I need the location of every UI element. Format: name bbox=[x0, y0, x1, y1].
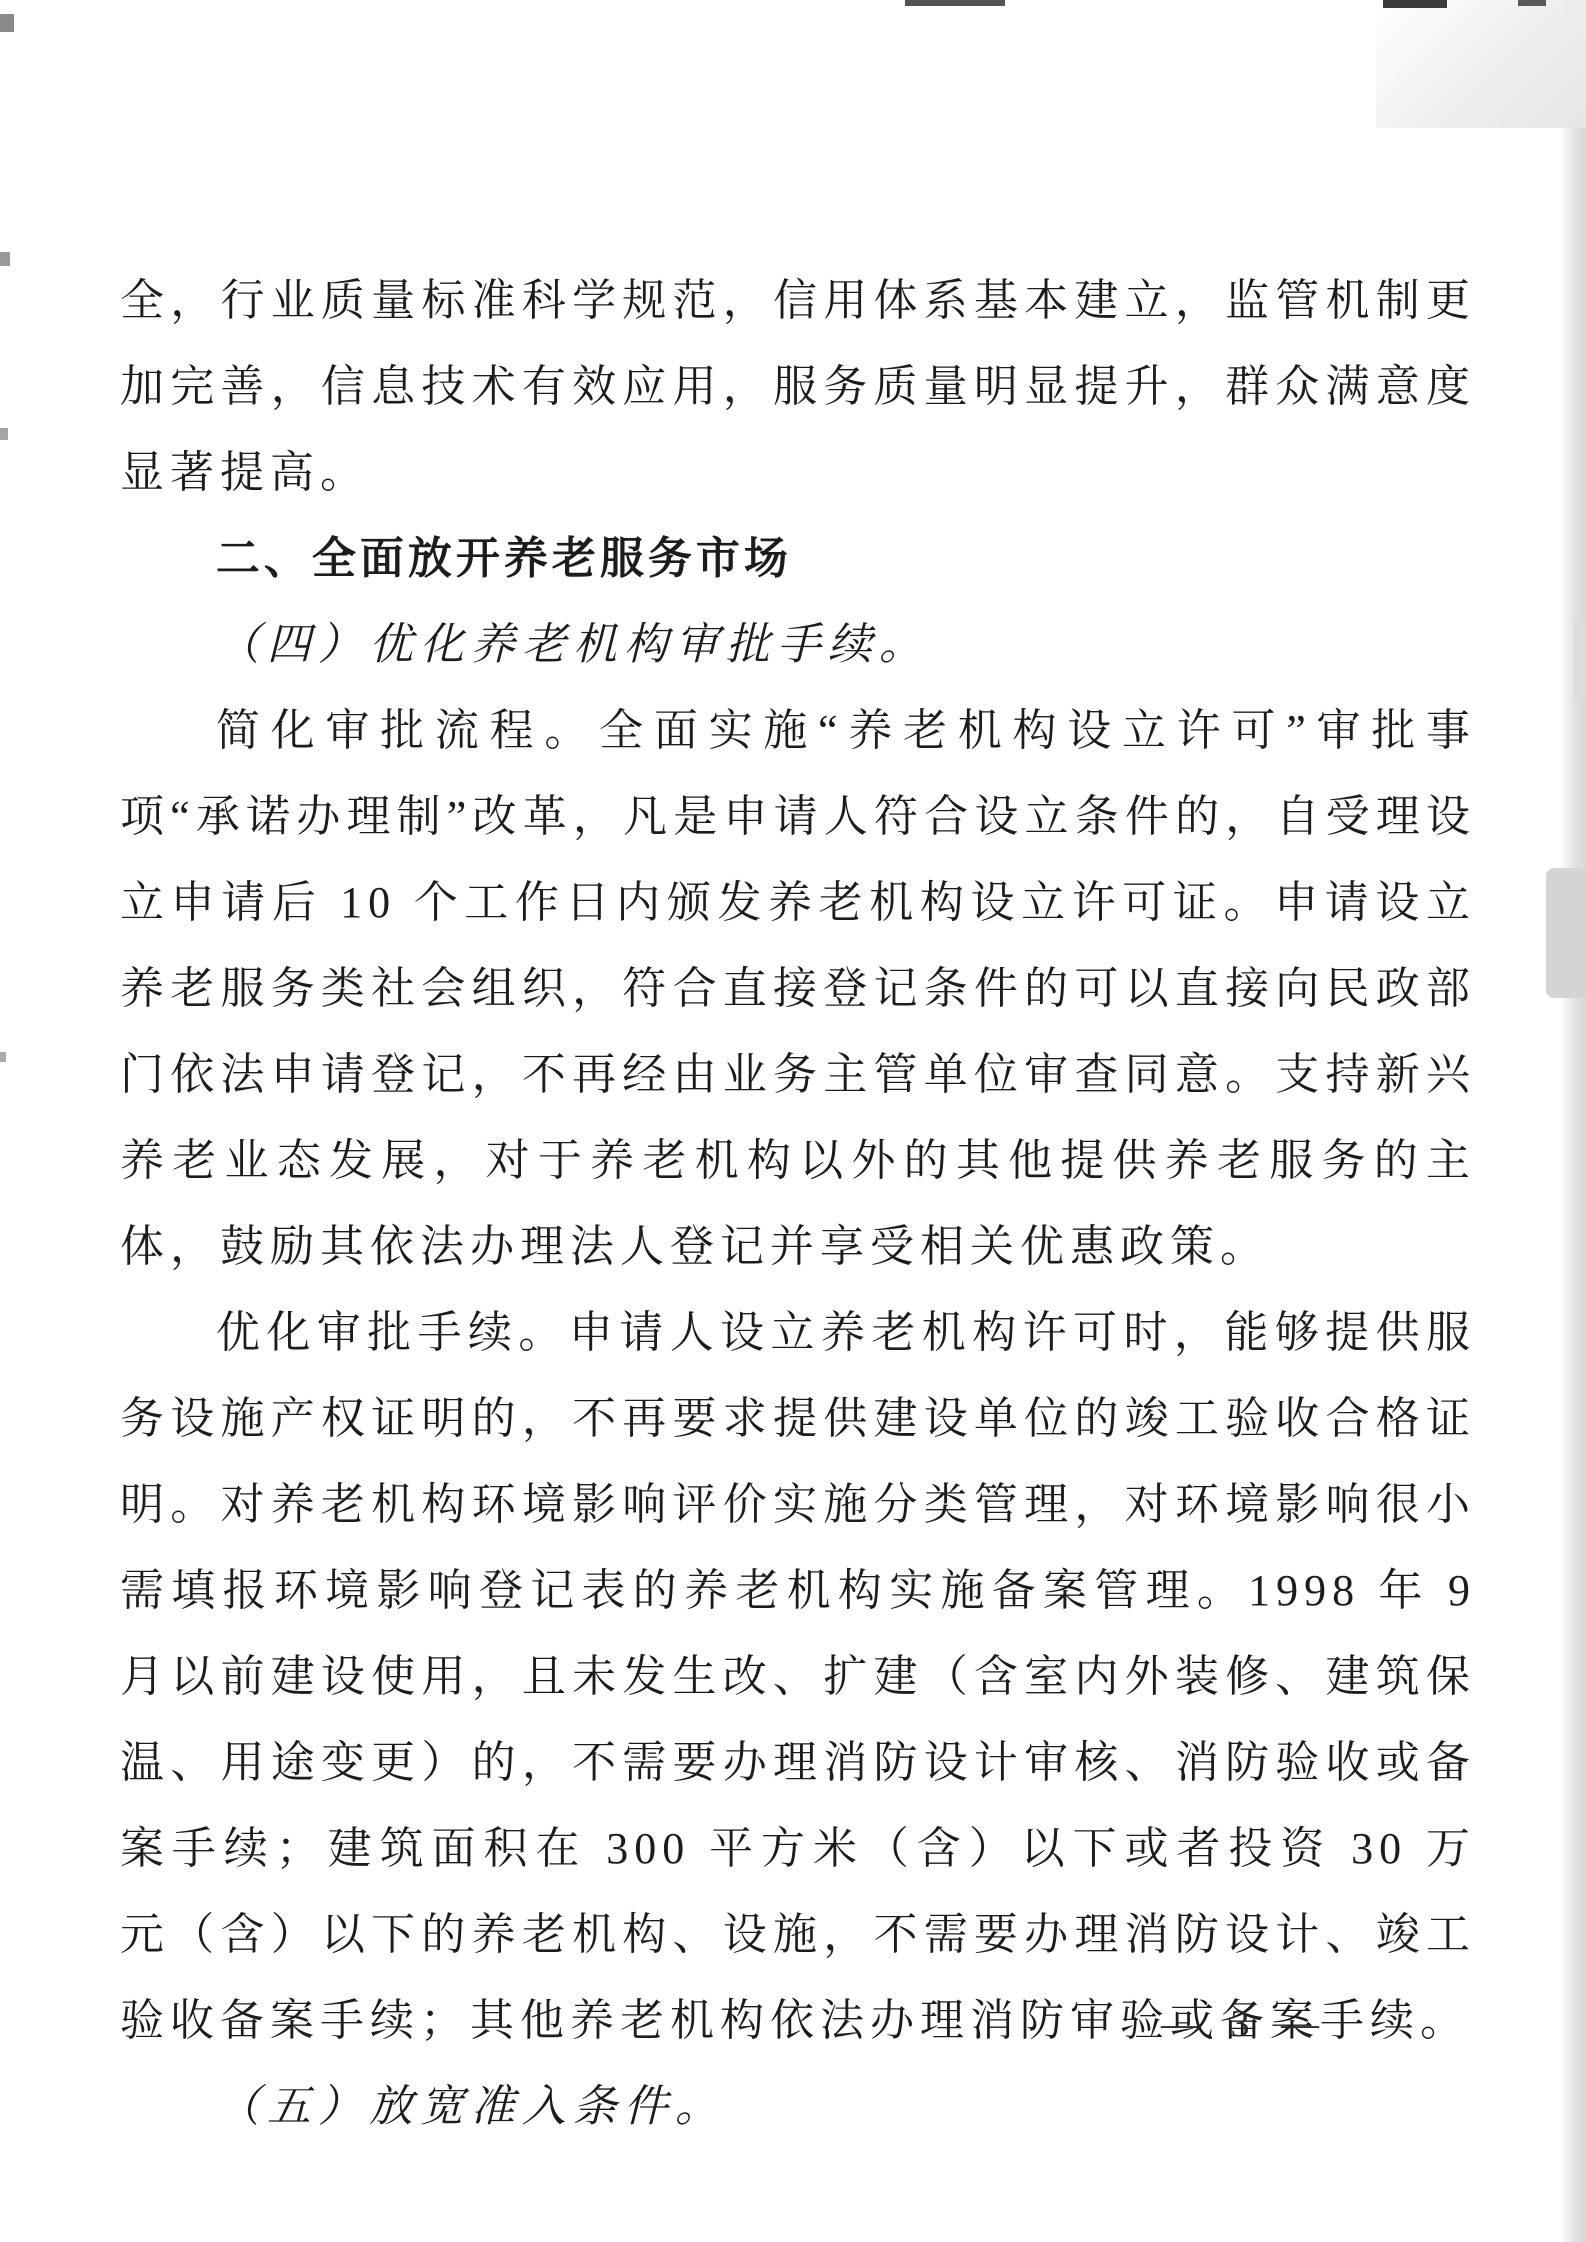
item-heading-4: （四）优化养老机构审批手续。 bbox=[120, 602, 1476, 688]
scan-artifact-right-tab bbox=[1546, 868, 1586, 998]
document-text-block: 全，行业质量标准科学规范，信用体系基本建立，监管机制更加完善，信息技术有效应用，… bbox=[120, 258, 1476, 2150]
scan-artifact-right-tab-small bbox=[1574, 620, 1586, 700]
scan-artifact-right-edge bbox=[1560, 0, 1586, 2242]
paragraph-simplify-approval: 简化审批流程。全面实施“养老机构设立许可”审批事项“承诺办理制”改革，凡是申请人… bbox=[120, 688, 1476, 1290]
scan-speck bbox=[1518, 0, 1546, 6]
document-page: 全，行业质量标准科学规范，信用体系基本建立，监管机制更加完善，信息技术有效应用，… bbox=[0, 0, 1586, 2242]
scan-speck bbox=[0, 252, 10, 266]
scan-speck bbox=[0, 1052, 6, 1062]
paragraph-continuation: 全，行业质量标准科学规范，信用体系基本建立，监管机制更加完善，信息技术有效应用，… bbox=[120, 258, 1476, 516]
page-number: — 3 — bbox=[1146, 2002, 1336, 2046]
scan-speck bbox=[0, 428, 8, 440]
paragraph-optimize-procedures: 优化审批手续。申请人设立养老机构许可时，能够提供服务设施产权证明的，不再要求提供… bbox=[120, 1290, 1476, 2064]
item-heading-5: （五）放宽准入条件。 bbox=[120, 2064, 1476, 2150]
scan-speck bbox=[0, 14, 14, 32]
scan-artifact-top-right-corner bbox=[1376, 0, 1586, 128]
scan-speck bbox=[905, 0, 1005, 6]
scan-speck bbox=[1383, 0, 1447, 8]
section-heading: 二、全面放开养老服务市场 bbox=[120, 516, 1476, 602]
